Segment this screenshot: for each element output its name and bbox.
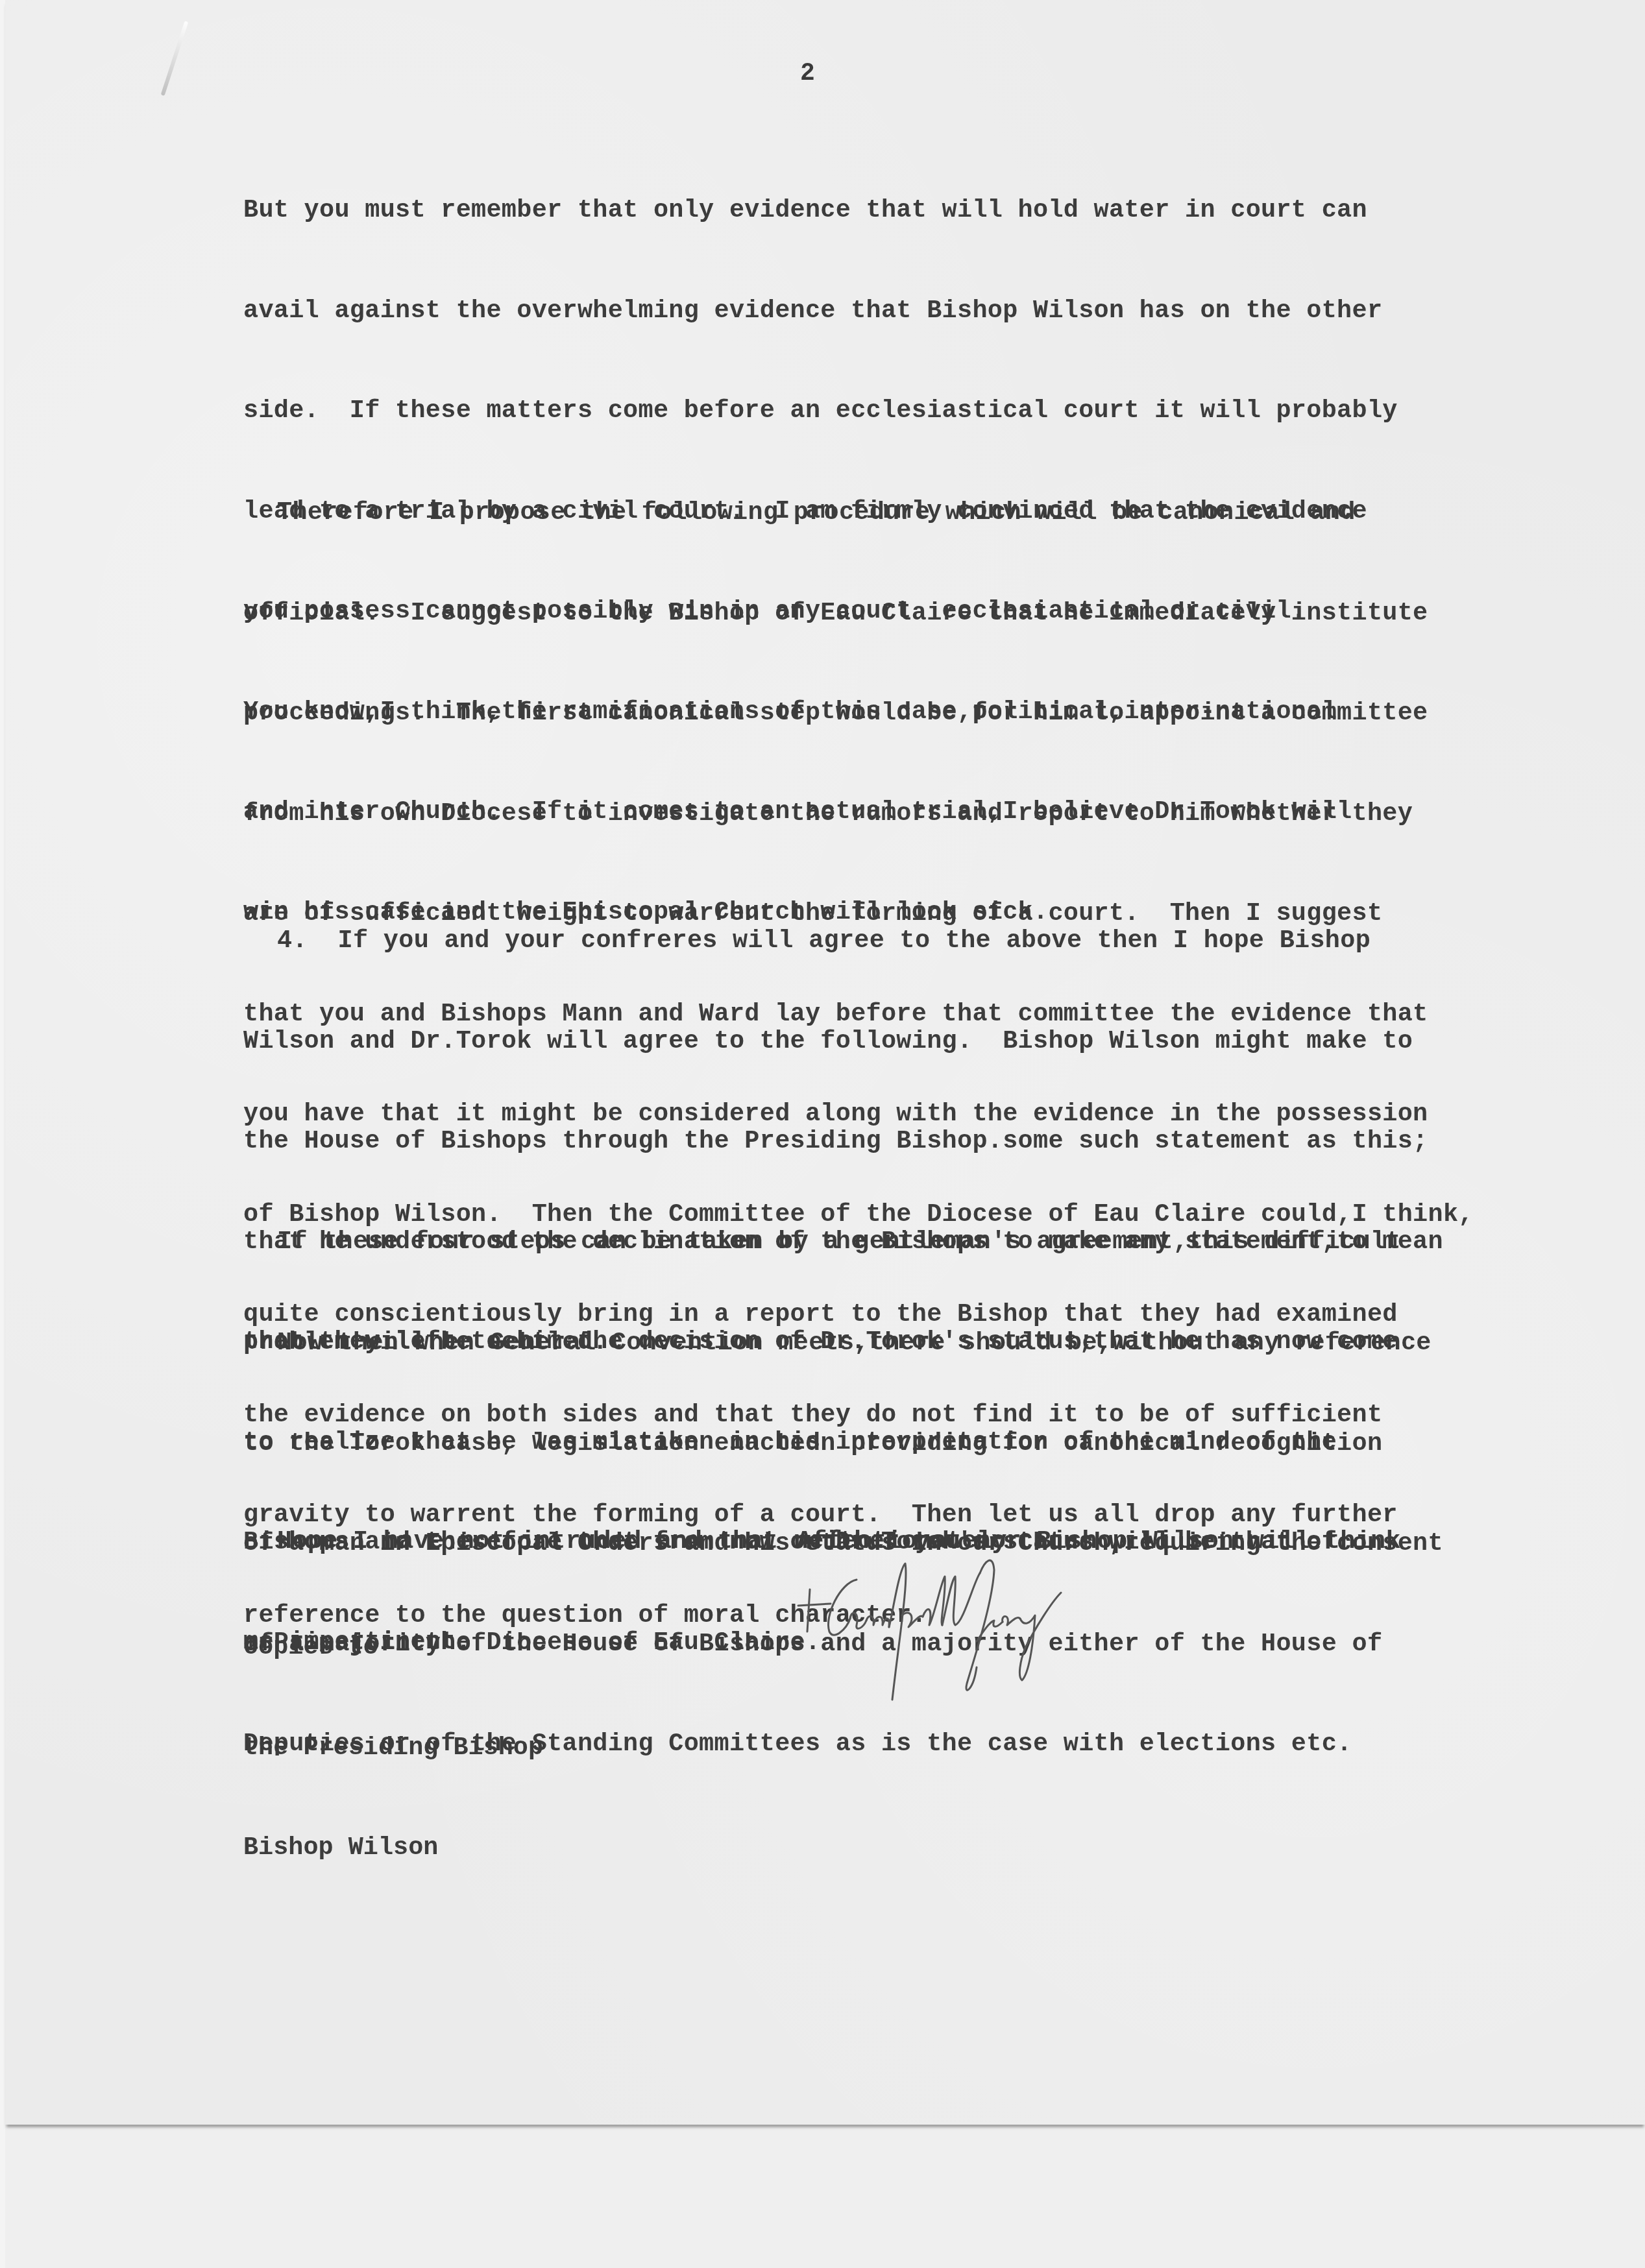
- text-line: avail against the overwhelming evidence …: [243, 295, 1606, 328]
- text-line: proceedings. The first canonical step wo…: [243, 697, 1606, 730]
- scanner-bed-edge: [0, 0, 5, 2268]
- text-line: to the Torok case, legislation enactedn …: [243, 1427, 1606, 1461]
- text-line: Wilson and Dr.Torok will agree to the fo…: [243, 1025, 1606, 1059]
- text-line: If these four steps can be taken by a ge…: [243, 1225, 1606, 1259]
- text-line: from his own Diocese to investigate the …: [243, 797, 1606, 831]
- copies-to-list: copies to the Presiding Bishop Bishop Wi…: [243, 1564, 543, 1898]
- page-number: 2: [800, 60, 815, 88]
- text-line: But you must remember that only evidence…: [243, 194, 1606, 228]
- copies-recipient: the Presiding Bishop: [243, 1731, 543, 1765]
- handwritten-signature: [779, 1544, 1200, 1713]
- copies-recipient: Bishop Wilson: [243, 1831, 543, 1865]
- text-line: official. I suggest to the Bishop of Eau…: [243, 597, 1606, 631]
- text-line: side. If these matters come before an ec…: [243, 394, 1606, 428]
- signature-scribble-icon: [779, 1544, 1200, 1713]
- copies-heading: copies to: [243, 1631, 543, 1665]
- text-line: Now then when General Convention meets,t…: [243, 1327, 1606, 1360]
- text-line: the House of Bishops through the Presidi…: [243, 1125, 1606, 1159]
- text-line: Therefore I propose the following proced…: [243, 496, 1606, 530]
- paper-tear-mark: [161, 21, 189, 96]
- text-line: 4. If you and your confreres will agree …: [243, 924, 1606, 958]
